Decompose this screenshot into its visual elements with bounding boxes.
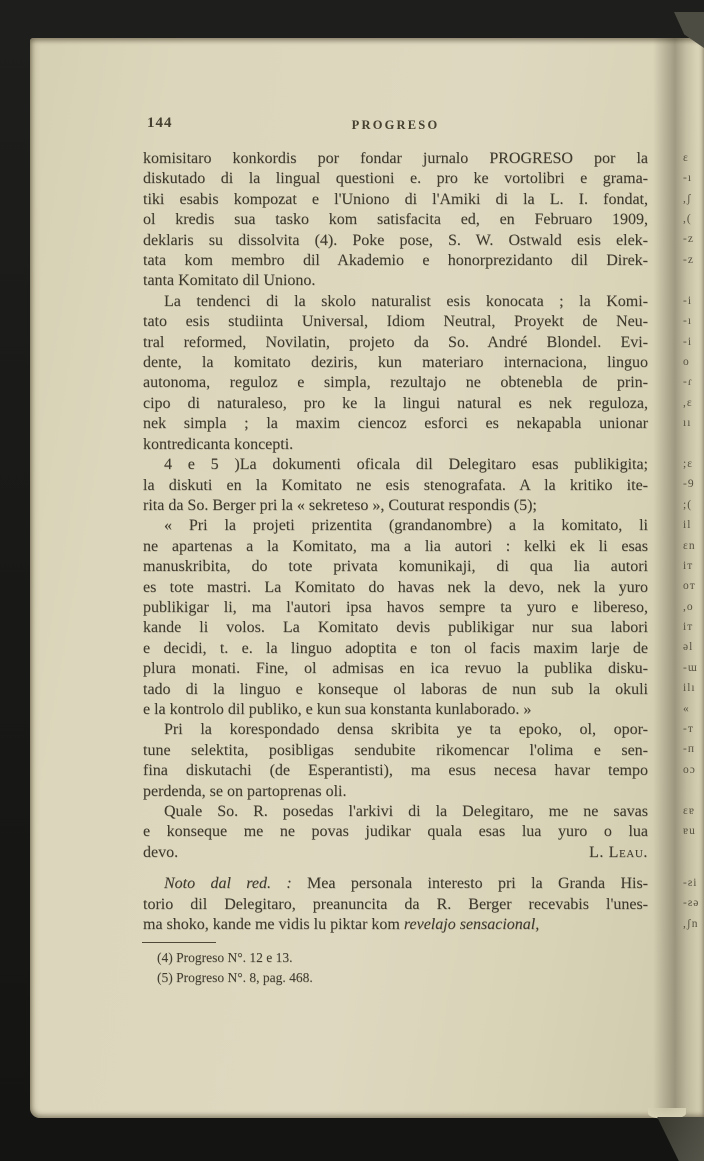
page-gutter-shadow (653, 38, 697, 1118)
page-curl (644, 1117, 704, 1161)
running-title: PROGRESO (143, 118, 648, 133)
text-line: tral reformed, Novilatin, projeto da So.… (143, 333, 648, 353)
paragraph: La tendenci di la skolo naturalist esis … (143, 292, 648, 455)
text-line: perdenda, se on partoprenas oli. (143, 782, 648, 802)
text-line: dente, la komitato deziris, kun materiar… (143, 353, 648, 373)
paragraph: « Pri la projeti prizentita (grandanombr… (143, 516, 648, 720)
text-line: Noto dal red. : Mea personala interesto … (143, 874, 648, 894)
body-text: komisitaro konkordis por fondar jurnalo … (143, 149, 648, 935)
text-line: ne apartenas a la Komitato, ma a lia aut… (143, 537, 648, 557)
text-line: komisitaro konkordis por fondar jurnalo … (143, 149, 648, 169)
text-line: Pri la korespondado densa skribita ye ta… (143, 720, 648, 740)
signature: L. Leau. (589, 843, 648, 863)
text-line: tune selektita, posibligas sendubite rik… (143, 741, 648, 761)
text-line: kande li volos. La Komitato devis publik… (143, 618, 648, 638)
text-line: es tote mastri. La Komitato do havas nek… (143, 578, 648, 598)
text-line: nek simpla ; la maxim ciencoz esforci es… (143, 414, 648, 434)
page-header: 144 PROGRESO (143, 115, 648, 135)
text-line: autonoma, reguloz e simpla, rezultajo ne… (143, 373, 648, 393)
text-line: Quale So. R. posedas l'arkivi di la Dele… (143, 802, 648, 822)
scanned-book-page: 144 PROGRESO komisitaro konkordis por fo… (0, 0, 704, 1161)
text-line: tanta Komitato dil Uniono. (143, 271, 648, 291)
footnotes: (4) Progreso N°. 12 e 13.(5) Progreso N°… (143, 948, 648, 988)
paragraph: Noto dal red. : Mea personala interesto … (143, 874, 648, 935)
text-line: tiki esabis kompozat e l'Uniono di l'Ami… (143, 190, 648, 210)
footnote-line: (4) Progreso N°. 12 e 13. (143, 948, 648, 968)
paragraph: Quale So. R. posedas l'arkivi di la Dele… (143, 802, 648, 863)
text-line: deklaris su dissolvita (4). Poke pose, S… (143, 231, 648, 251)
text-line: fina diskutachi (de Esperantisti), ma es… (143, 761, 648, 781)
text-line: diskutado di la lingual questioni e. pro… (143, 169, 648, 189)
text-line: ma shoko, kande me vidis lu piktar kom r… (143, 915, 648, 935)
text-line: « Pri la projeti prizentita (grandanombr… (143, 516, 648, 536)
text-line: tata kom membro dil Akademio e honorprez… (143, 251, 648, 271)
text-line: rita da So. Berger pri la « sekreteso »,… (143, 496, 648, 516)
text-line: cipo di naturaleso, pro ke la lingui nat… (143, 394, 648, 414)
footnote-line: (5) Progreso N°. 8, pag. 468. (143, 968, 648, 988)
text-line: devo. (143, 843, 178, 863)
text-line: plura monati. Fine, ol admisas en ica re… (143, 659, 648, 679)
text-line: e la kontrolo dil publiko, e kun sua kon… (143, 700, 648, 720)
signature-line: devo.L. Leau. (143, 843, 648, 863)
text-line: tato esis studiinta Universal, Idiom Neu… (143, 312, 648, 332)
text-line: la diskuti en la Komitato ne esis stenog… (143, 476, 648, 496)
text-line: ol kredis sua tasko kom satisfacita ed, … (143, 210, 648, 230)
paragraph: 4 e 5 )La dokumenti oficala dil Delegita… (143, 455, 648, 516)
paragraph: komisitaro konkordis por fondar jurnalo … (143, 149, 648, 292)
paragraph: Pri la korespondado densa skribita ye ta… (143, 720, 648, 802)
text-line: manuskribita, do tote privata komunikaji… (143, 557, 648, 577)
footnote-rule (142, 942, 216, 943)
text-line: torio dil Delegitaro, preanuncita da R. … (143, 895, 648, 915)
text-line: e decidi, t. e. la linguo adoptita e ton… (143, 639, 648, 659)
text-line: La tendenci di la skolo naturalist esis … (143, 292, 648, 312)
text-line: tado di la linguo e konseque ol laboras … (143, 680, 648, 700)
text-line: 4 e 5 )La dokumenti oficala dil Delegita… (143, 455, 648, 475)
text-line: kontredicanta koncepti. (143, 435, 648, 455)
text-line: e konseque me ne povas judikar quala esa… (143, 822, 648, 842)
text-line: publikigar li, ma l'autori ipsa havos se… (143, 598, 648, 618)
